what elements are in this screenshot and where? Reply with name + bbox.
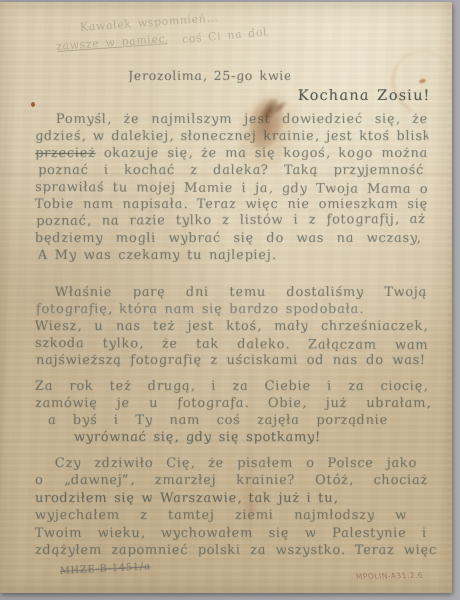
- archival-number-crossed-out: MHŻE-B-1451/a: [59, 560, 172, 577]
- letter-line: zamówię je u fotografa. Obie, już ubrała…: [34, 396, 433, 411]
- letter-line: Właśnie parę dni temu dostaliśmy Twoją: [54, 285, 429, 300]
- archival-number: MPOLIN-A31.2.6: [355, 571, 427, 581]
- letter-line: Twoim wieku, wychowałem się w Palestynie…: [34, 526, 429, 541]
- letter-salutation: Kochana Zosiu!: [297, 88, 432, 104]
- letter-line: poznać i kochać z daleka? Taką przyjemno…: [37, 163, 426, 178]
- letter-line: A My was czekamy tu najlepiej.: [37, 248, 308, 263]
- letter-line: będziemy mogli wybrać się do was na wcza…: [34, 231, 423, 246]
- letter-line: sprawiłaś tu mojej Mamie i ja, gdy Twoja…: [34, 180, 430, 197]
- letter-line: gdzieś, w dalekiej, słonecznej krainie, …: [34, 129, 430, 144]
- letter-line-text: okazuje się, że ma się kogoś, kogo można: [103, 146, 430, 161]
- orange-speck-stain: [419, 78, 427, 84]
- letter-line: najświeższą fotografię z uściskami od na…: [35, 353, 428, 368]
- scan-background: Kawałek wspomnień… zawsze w pamięci coś …: [0, 0, 460, 600]
- letter-line: szkoda tylko, że tak daleko. Załączam wa…: [34, 336, 430, 353]
- letter-line: Pomyśl, że najmilszym jest dowiedzieć si…: [55, 112, 430, 127]
- letter-line: wyrównać się, gdy się spotkamy!: [73, 430, 328, 445]
- crossed-out-word: przecież: [34, 146, 97, 161]
- paper-sheet: Kawałek wspomnień… zawsze w pamięci coś …: [0, 2, 452, 593]
- letter-line: a byś i Ty nam coś zajęła porządnie: [47, 413, 390, 428]
- letter-line: urodziłem się w Warszawie, tak już i tu,: [34, 491, 359, 506]
- letter-line: Wiesz, u nas też jest ktoś, mały chrześn…: [34, 319, 430, 334]
- letter-line: wyjechałem z tamtej ziemi najmłodszy w: [34, 508, 409, 523]
- letter-line: zdążyłem zapomnieć polski za wszystko. T…: [34, 543, 439, 558]
- letter-line: Czy zdziwiło Cię, że pisałem o Polsce ja…: [54, 456, 419, 471]
- letter-line: poznać, na razie tylko z listów i z foto…: [35, 212, 427, 229]
- ring-stain: [384, 42, 460, 122]
- letter-line: o „dawnej”, zmarzłej krainie? Otóż, choc…: [34, 473, 430, 488]
- top-annotation-line: coś Ci na dobre: [180, 26, 268, 46]
- letter-line: Za rok też drugą, i za Ciebie i za cioci…: [34, 379, 430, 394]
- red-speck-stain: [31, 102, 35, 107]
- letter-line: przecież okazuje się, że ma się kogoś, k…: [34, 146, 430, 161]
- letter-line: fotografię, która nam się bardzo spodoba…: [35, 302, 368, 317]
- letter-line: Tobie nam napisała. Teraz więc nie omies…: [34, 197, 430, 212]
- letter-dateline: Jerozolima, 25-go kwietnia, 1947.: [127, 68, 292, 83]
